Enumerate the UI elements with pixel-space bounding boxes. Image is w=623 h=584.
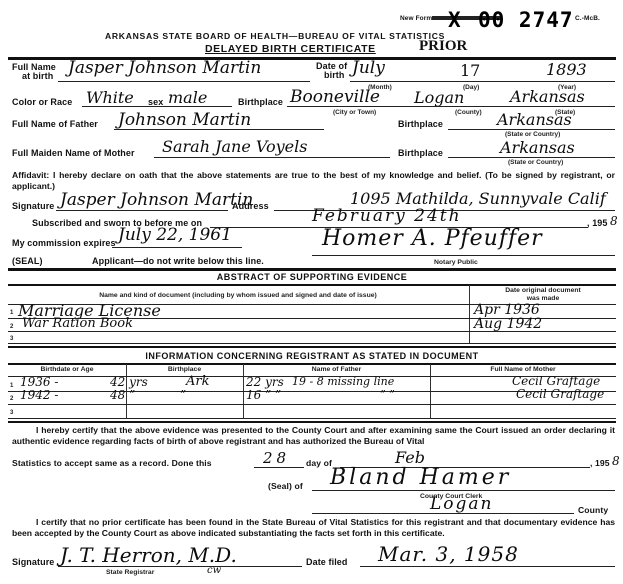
day-of-label: day of — [306, 458, 332, 468]
evidence-title: ABSTRACT OF SUPPORTING EVIDENCE — [8, 272, 616, 282]
father-birthplace-line — [448, 129, 615, 130]
full-name-label: Full Name at birth — [12, 63, 56, 81]
mother-birthplace-line — [448, 157, 615, 158]
father-birthplace: Arkansas — [497, 110, 572, 129]
evidence-col-date-line1: Date original document — [470, 287, 616, 295]
registrar-signature-line — [58, 566, 302, 567]
court-line3: Statistics to accept same as a record. D… — [12, 458, 212, 468]
info-row-num: 2 — [10, 396, 13, 402]
info-title: INFORMATION CONCERNING REGISTRANT AS STA… — [8, 351, 616, 361]
dob-month: July — [352, 58, 385, 78]
sworn-year-digit: 8 — [610, 214, 618, 228]
done-day-line — [254, 467, 304, 468]
sworn-date: February 24th — [312, 206, 462, 226]
section-divider-court — [8, 421, 616, 423]
address-label: Address — [232, 201, 269, 211]
registrar-signature-label: Signature — [12, 557, 54, 567]
applicant-note: Applicant—do not write below this line. — [92, 256, 264, 266]
info-col-birthplace: Birthplace — [126, 366, 243, 373]
info-title-divider — [8, 363, 616, 365]
birthplace-state: Arkansas — [510, 87, 585, 106]
father-birthplace-label: Birthplace — [398, 119, 443, 129]
info-birthplace: ” — [180, 388, 186, 402]
info-father-extra: ” ” — [380, 388, 395, 401]
info-row-line — [8, 404, 616, 405]
form-label: New Form — [400, 15, 432, 22]
info-birthdate: 1936 - — [20, 375, 58, 389]
info-row-num: 3 — [10, 410, 13, 416]
evidence-col-document: Name and kind of document (including by … — [8, 292, 468, 299]
certificate-title: DELAYED BIRTH CERTIFICATE — [205, 43, 376, 55]
court-seal-label: (Seal) of — [268, 481, 303, 491]
done-day: 28 — [263, 449, 290, 467]
info-father: 22 yrs — [246, 375, 284, 389]
mother-birthplace-caption: (State or Country) — [508, 159, 563, 166]
dob-year: 1893 — [546, 60, 587, 79]
info-mother: Cecil Graftage — [516, 387, 604, 401]
registrar-caption: State Registrar — [106, 569, 154, 576]
commission-date: July 22, 1961 — [118, 225, 232, 245]
section-divider-evidence — [8, 268, 616, 271]
seal-label: (SEAL) — [12, 256, 43, 266]
notary-signature: Homer A. Pfeuffer — [322, 226, 543, 251]
father-name: Johnson Martin — [118, 110, 251, 130]
stamp-number: 00 2747 — [478, 8, 574, 32]
county-line — [312, 513, 574, 514]
mother-line — [154, 157, 390, 158]
signature-label: Signature — [12, 201, 54, 211]
birthplace-county: Logan — [414, 88, 464, 107]
mother-name: Sarah Jane Voyels — [162, 137, 307, 156]
sex-value: male — [168, 88, 207, 107]
registrar-text: I certify that no prior certificate has … — [12, 517, 615, 539]
info-birthdate: 1942 - — [20, 388, 58, 402]
info-mother: Cecil Graftage — [512, 374, 600, 388]
father-label: Full Name of Father — [12, 119, 98, 129]
info-father: 16 ” ” — [246, 388, 281, 402]
commission-label: My commission expires — [12, 238, 116, 248]
notary-caption: Notary Public — [434, 259, 478, 266]
evidence-title-divider — [8, 284, 616, 286]
court-year-digit: 8 — [612, 454, 620, 468]
evidence-date: Aug 1942 — [474, 316, 542, 332]
commission-line — [112, 247, 242, 248]
form-code-suffix: C.-McB. — [575, 15, 600, 22]
evidence-row-line — [8, 331, 616, 332]
registrar-signature: J. T. Herron, M.D. — [60, 543, 237, 567]
info-col-father: Name of Father — [243, 366, 430, 373]
info-col-birthdate: Birthdate or Age — [8, 366, 126, 373]
evidence-row-num: 1 — [10, 310, 13, 316]
info-father-extra: 19 - 8 missing line — [292, 375, 394, 388]
evidence-row-line — [8, 343, 616, 344]
court-year-prefix: , 195 — [590, 458, 610, 468]
evidence-col-date: Date original document was made — [470, 287, 616, 303]
clerk-signature: Bland Hamer — [330, 465, 511, 490]
info-age: 42 yrs — [110, 375, 148, 389]
date-filed-line — [360, 566, 615, 567]
stamp-prefix: X — [448, 8, 462, 32]
dob-day: 17 — [460, 61, 480, 80]
race-line — [82, 106, 232, 107]
race-value: White — [86, 88, 134, 107]
section-divider-info — [8, 346, 616, 348]
evidence-column-divider — [469, 285, 470, 344]
dob-label-line2: birth — [316, 71, 347, 80]
county-value: Logan — [430, 494, 494, 514]
court-text: I hereby certify that the above evidence… — [12, 425, 615, 447]
signature-line — [56, 210, 228, 211]
birthplace-line — [287, 106, 615, 107]
info-birthplace: Ark — [186, 374, 209, 389]
clerk-line — [312, 490, 615, 491]
sworn-year-prefix: , 195 — [587, 218, 608, 228]
dob-line — [350, 81, 615, 82]
date-filed: Mar. 3, 1958 — [378, 542, 519, 566]
county-label: County — [578, 505, 608, 515]
agency-title: ARKANSAS STATE BOARD OF HEALTH—BUREAU OF… — [105, 31, 445, 41]
father-line — [114, 129, 324, 130]
evidence-row-num: 2 — [10, 324, 13, 330]
city-caption: (City or Town) — [333, 109, 376, 116]
info-row-num: 1 — [10, 383, 13, 389]
info-age: 48 ” — [110, 388, 135, 402]
info-row-line — [8, 418, 616, 419]
full-name-value: Jasper Johnson Martin — [68, 58, 261, 78]
birthplace-label: Birthplace — [238, 97, 283, 107]
county-caption: (County) — [455, 109, 482, 116]
stamp-prior: PRIOR — [419, 38, 467, 55]
date-filed-label: Date filed — [306, 557, 348, 567]
dob-label: Date of birth — [316, 62, 347, 80]
mother-label: Full Maiden Name of Mother — [12, 148, 135, 158]
notary-line — [312, 255, 615, 256]
birthplace-city: Booneville — [290, 87, 380, 107]
full-name-label-line2: at birth — [12, 72, 56, 81]
full-name-line — [58, 81, 310, 82]
info-col-mother: Full Name of Mother — [430, 366, 616, 373]
day-caption: (Day) — [463, 84, 479, 91]
evidence-document: War Ration Book — [22, 316, 133, 331]
mother-birthplace: Arkansas — [500, 138, 575, 157]
father-birthplace-caption: (State or Country) — [505, 131, 560, 138]
evidence-row-num: 3 — [10, 336, 13, 342]
mother-birthplace-label: Birthplace — [398, 148, 443, 158]
race-label: Color or Race — [12, 97, 72, 107]
applicant-signature: Jasper Johnson Martin — [60, 190, 253, 210]
